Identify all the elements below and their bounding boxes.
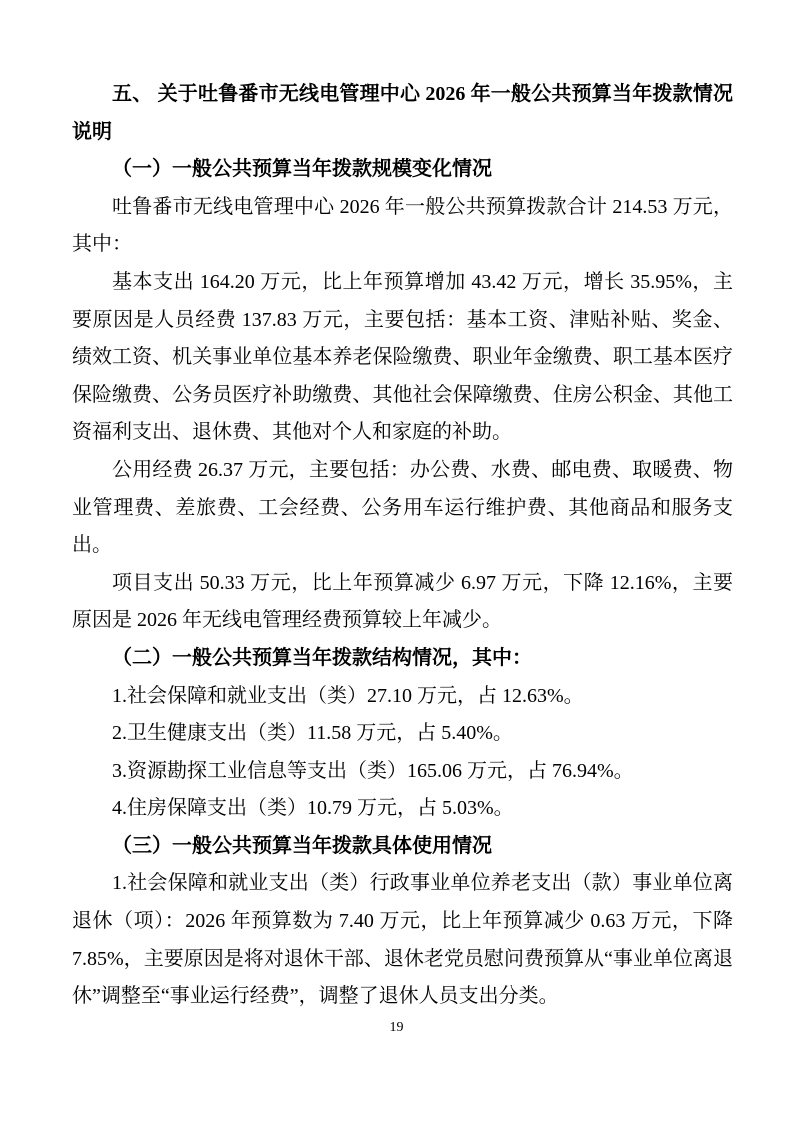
page-number: 19 [0, 1020, 793, 1036]
section-1-paragraph-project-expenditure: 项目支出 50.33 万元，比上年预算减少 6.97 万元，下降 12.16%，… [72, 565, 733, 640]
section-1-heading: （一）一般公共预算当年拨款规模变化情况 [72, 151, 733, 189]
document-title: 五、 关于吐鲁番市无线电管理中心 2026 年一般公共预算当年拨款情况说明 [72, 76, 733, 151]
section-2-heading: （二）一般公共预算当年拨款结构情况，其中： [72, 640, 733, 678]
document-page: 五、 关于吐鲁番市无线电管理中心 2026 年一般公共预算当年拨款情况说明 （一… [0, 0, 793, 1122]
section-1-paragraph-public-funds: 公用经费 26.37 万元，主要包括：办公费、水费、邮电费、取暖费、物业管理费、… [72, 452, 733, 565]
section-1-paragraph-total: 吐鲁番市无线电管理中心 2026 年一般公共预算拨款合计 214.53 万元，其… [72, 189, 733, 264]
document-content: 五、 关于吐鲁番市无线电管理中心 2026 年一般公共预算当年拨款情况说明 （一… [72, 76, 733, 1016]
section-2-item-social-security: 1.社会保障和就业支出（类）27.10 万元，占 12.63%。 [72, 678, 733, 716]
section-2-item-resource-exploration: 3.资源勘探工业信息等支出（类）165.06 万元，占 76.94%。 [72, 753, 733, 791]
section-2-item-health: 2.卫生健康支出（类）11.58 万元，占 5.40%。 [72, 715, 733, 753]
section-2-item-housing: 4.住房保障支出（类）10.79 万元，占 5.03%。 [72, 790, 733, 828]
section-1-paragraph-basic-expenditure: 基本支出 164.20 万元，比上年预算增加 43.42 万元，增长 35.95… [72, 264, 733, 452]
section-3-heading: （三）一般公共预算当年拨款具体使用情况 [72, 828, 733, 866]
section-3-paragraph-retirement: 1.社会保障和就业支出（类）行政事业单位养老支出（款）事业单位离退休（项）：20… [72, 865, 733, 1015]
